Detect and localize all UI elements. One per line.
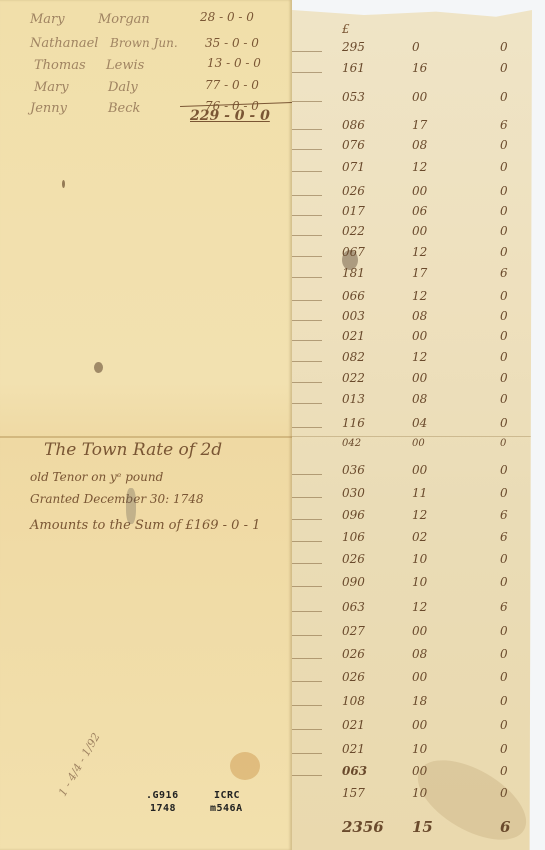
pounds: 026 [342, 184, 365, 198]
ledger-row: 021000 [332, 329, 522, 351]
ledger-row: 022000 [332, 224, 522, 246]
shillings: 12 [412, 600, 427, 614]
pence: 0 [500, 463, 508, 477]
ledger-row: 026000 [332, 670, 522, 692]
shillings: 17 [412, 266, 427, 280]
pounds: 161 [342, 61, 365, 75]
pence: 0 [500, 486, 508, 500]
pounds: 076 [342, 138, 365, 152]
ledger-row: 021100 [332, 742, 522, 764]
pence: 0 [500, 350, 508, 364]
shillings: 00 [412, 438, 425, 449]
left-page: Mary Morgan 28 - 0 - 0 Nathanael Brown J… [0, 0, 292, 850]
pence: 0 [500, 552, 508, 566]
total-pence: 6 [500, 818, 510, 836]
shillings: 17 [412, 118, 427, 132]
ledger-row: 026100 [332, 552, 522, 574]
shillings: 10 [412, 575, 427, 589]
pence: 0 [500, 742, 508, 756]
ledger-row: 026000 [332, 184, 522, 206]
pence: 6 [500, 266, 508, 280]
ledger-row: 086176 [332, 118, 522, 140]
pence: 0 [500, 670, 508, 684]
ink-spot [94, 362, 103, 373]
ledger-row: 022000 [332, 371, 522, 393]
shillings: 12 [412, 245, 427, 259]
pence: 0 [500, 160, 508, 174]
pounds: 042 [342, 438, 361, 449]
shillings: 00 [412, 90, 427, 104]
pence: 0 [500, 694, 508, 708]
fold-crease [0, 436, 292, 438]
pence: 0 [500, 184, 508, 198]
ledger-row: 063126 [332, 600, 522, 622]
name-amount: 35 - 0 - 0 [205, 36, 259, 50]
pence: 0 [500, 245, 508, 259]
name-first: Thomas [34, 58, 86, 73]
ledger-row: 021000 [332, 718, 522, 740]
pounds: 026 [342, 552, 365, 566]
pence: 0 [500, 575, 508, 589]
name-last: Beck [108, 101, 140, 116]
pounds: 063 [342, 600, 365, 614]
pounds: 108 [342, 694, 365, 708]
pounds: 026 [342, 670, 365, 684]
ledger-row: 071120 [332, 160, 522, 182]
ledger-row: 066120 [332, 289, 522, 311]
name-last: Morgan [98, 12, 150, 27]
pounds: 157 [342, 786, 365, 800]
shillings: 0 [412, 40, 420, 54]
pounds: 003 [342, 309, 365, 323]
pounds: 022 [342, 371, 365, 385]
ledger-row: 181176 [332, 266, 522, 288]
shillings: 18 [412, 694, 427, 708]
shillings: 04 [412, 416, 427, 430]
shillings: 00 [412, 224, 427, 238]
pounds: 086 [342, 118, 365, 132]
ledger-row: 082120 [332, 350, 522, 372]
name-first: Nathanael [30, 36, 98, 51]
name-first: Mary [30, 12, 65, 27]
pounds: 295 [342, 40, 365, 54]
ledger-row: 116040 [332, 416, 522, 438]
pounds: 181 [342, 266, 365, 280]
pounds: 021 [342, 742, 365, 756]
ledger-row: 063000 [332, 764, 522, 786]
pence: 0 [500, 764, 508, 778]
shillings: 06 [412, 204, 427, 218]
pounds: 082 [342, 350, 365, 364]
pounds: 026 [342, 647, 365, 661]
shillings: 10 [412, 742, 427, 756]
endorsement-line: old Tenor on yᵉ pound [30, 470, 163, 484]
pounds: 027 [342, 624, 365, 638]
shillings: 00 [412, 371, 427, 385]
ledger-row: 108180 [332, 694, 522, 716]
pence: 6 [500, 118, 508, 132]
currency-header: £ [342, 22, 350, 36]
ledger-total-row: 2356156 [332, 818, 522, 840]
ledger-row: 067120 [332, 245, 522, 267]
shillings: 16 [412, 61, 427, 75]
pence: 0 [500, 329, 508, 343]
ledger-row: 106026 [332, 530, 522, 552]
shillings: 00 [412, 329, 427, 343]
ledger-row: 013080 [332, 392, 522, 414]
pence: 0 [500, 416, 508, 430]
name-last: Brown Jun. [110, 36, 178, 50]
name-list-total: 229 - 0 - 0 [190, 108, 270, 124]
pounds: 036 [342, 463, 365, 477]
catalog-library-code: ICRC [214, 790, 240, 801]
pence: 6 [500, 530, 508, 544]
pence: 6 [500, 600, 508, 614]
pencil-note: 1 - 4/4 - 1/92 [56, 731, 103, 799]
pounds: 063 [342, 764, 367, 778]
shillings: 08 [412, 309, 427, 323]
right-page: £ 29500 161160 053000 086176 076080 0711… [292, 10, 532, 850]
pence: 0 [500, 392, 508, 406]
ledger-row: 036000 [332, 463, 522, 485]
pounds: 066 [342, 289, 365, 303]
pence: 6 [500, 508, 508, 522]
catalog-year: 1748 [150, 803, 176, 814]
shillings: 00 [412, 718, 427, 732]
shillings: 08 [412, 138, 427, 152]
pence: 0 [500, 138, 508, 152]
ledger-row: 017060 [332, 204, 522, 226]
pounds: 067 [342, 245, 365, 259]
name-amount: 28 - 0 - 0 [200, 10, 254, 24]
ledger-row: 076080 [332, 138, 522, 160]
pence: 0 [500, 289, 508, 303]
pence: 0 [500, 40, 508, 54]
ledger-row: 096126 [332, 508, 522, 530]
shillings: 00 [412, 764, 427, 778]
shillings: 10 [412, 786, 427, 800]
shillings: 10 [412, 552, 427, 566]
name-last: Daly [108, 80, 138, 95]
shillings: 12 [412, 508, 427, 522]
endorsement-date: Granted December 30: 1748 [30, 492, 204, 506]
pence: 0 [500, 718, 508, 732]
ledger-row: 027000 [332, 624, 522, 646]
pounds: 096 [342, 508, 365, 522]
name-amount: 13 - 0 - 0 [207, 56, 261, 70]
pence: 0 [500, 647, 508, 661]
shillings: 12 [412, 350, 427, 364]
pence: 0 [500, 786, 508, 800]
shillings: 00 [412, 624, 427, 638]
total-pounds: 2356 [342, 818, 384, 836]
ledger-row: 053000 [332, 90, 522, 112]
ledger-row: 157100 [332, 786, 522, 808]
pounds: 116 [342, 416, 365, 430]
shillings: 00 [412, 463, 427, 477]
pounds: 017 [342, 204, 365, 218]
pounds: 013 [342, 392, 365, 406]
name-first: Jenny [30, 101, 67, 116]
blot-stain [230, 752, 260, 780]
pence: 0 [500, 624, 508, 638]
pounds: 071 [342, 160, 365, 174]
name-last: Lewis [106, 58, 144, 73]
pence: 0 [500, 61, 508, 75]
ledger-row: 026080 [332, 647, 522, 669]
pence: 0 [500, 309, 508, 323]
shillings: 12 [412, 289, 427, 303]
pounds: 021 [342, 718, 365, 732]
shillings: 00 [412, 670, 427, 684]
shillings: 12 [412, 160, 427, 174]
shillings: 08 [412, 647, 427, 661]
shillings: 02 [412, 530, 427, 544]
ledger-row: 003080 [332, 309, 522, 331]
pounds: 053 [342, 90, 365, 104]
endorsement-amount: Amounts to the Sum of £169 - 0 - 1 [30, 518, 260, 533]
pence: 0 [500, 371, 508, 385]
pence: 0 [500, 90, 508, 104]
catalog-call-number: .G916 [146, 790, 179, 801]
pounds: 022 [342, 224, 365, 238]
pounds: 106 [342, 530, 365, 544]
pence: 0 [500, 224, 508, 238]
ledger-row: 042000 [332, 438, 522, 460]
catalog-ms-number: m546A [210, 803, 243, 814]
pence: 0 [500, 204, 508, 218]
name-amount: 77 - 0 - 0 [205, 78, 259, 92]
pence: 0 [500, 438, 506, 449]
ledger-row: 030110 [332, 486, 522, 508]
endorsement-title: The Town Rate of 2d [44, 440, 222, 460]
water-stain [126, 488, 136, 524]
ledger-row: 161160 [332, 61, 522, 83]
name-first: Mary [34, 80, 69, 95]
shillings: 00 [412, 184, 427, 198]
total-shillings: 15 [412, 818, 433, 836]
ledger-row: 29500 [332, 40, 522, 62]
shillings: 11 [412, 486, 427, 500]
ledger-row: 090100 [332, 575, 522, 597]
pounds: 030 [342, 486, 365, 500]
ink-mark [62, 180, 65, 188]
pounds: 090 [342, 575, 365, 589]
shillings: 08 [412, 392, 427, 406]
pounds: 021 [342, 329, 365, 343]
